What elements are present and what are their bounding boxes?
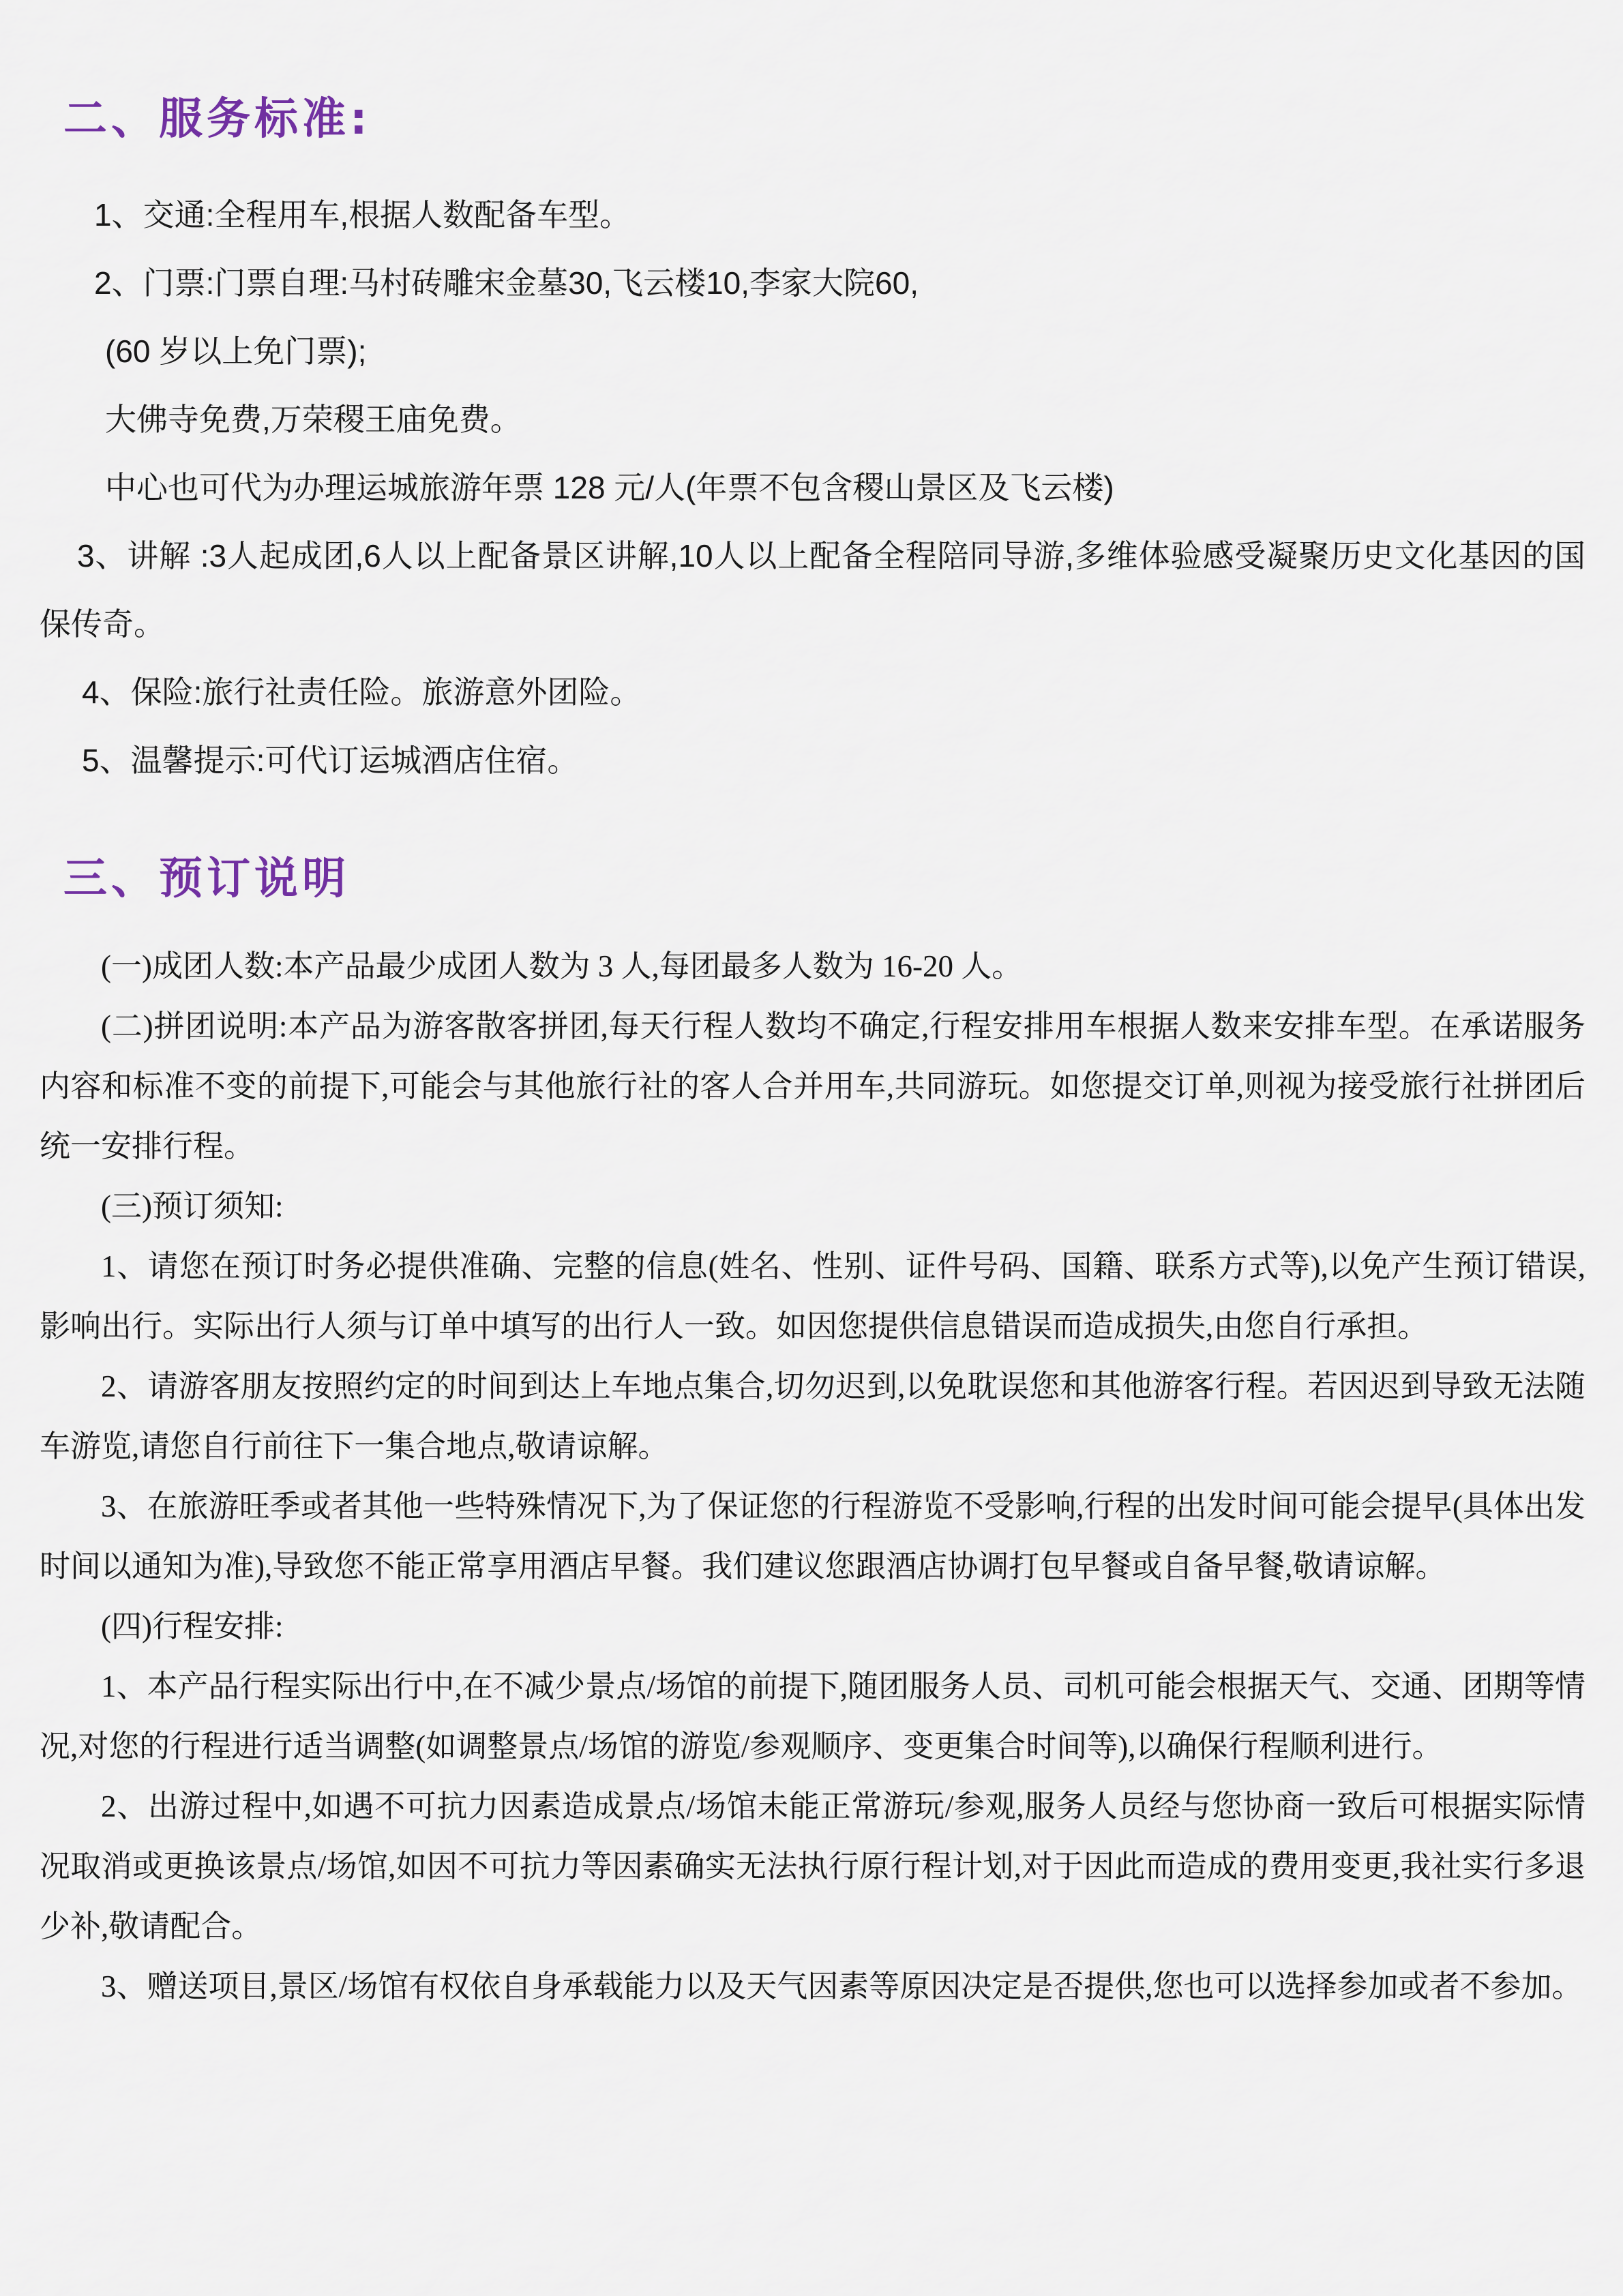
service-item-tickets: 2、门票:门票自理:马村砖雕宋金墓30,飞云楼10,李家大院60, — [40, 249, 1585, 317]
booking-para-punctuality: 2、请游客朋友按照约定的时间到达上车地点集合,切勿迟到,以免耽误您和其他游客行程… — [40, 1356, 1585, 1476]
document-body: 二、服务标准: 1、交通:全程用车,根据人数配备车型。 2、门票:门票自理:马村… — [0, 0, 1623, 2016]
service-standards-list: 1、交通:全程用车,根据人数配备车型。 2、门票:门票自理:马村砖雕宋金墓30,… — [40, 181, 1585, 794]
service-item-transport: 1、交通:全程用车,根据人数配备车型。 — [40, 181, 1585, 249]
booking-para-notice-title: (三)预订须知: — [40, 1176, 1585, 1236]
booking-para-early-departure: 3、在旅游旺季或者其他一些特殊情况下,为了保证您的行程游览不受影响,行程的出发时… — [40, 1476, 1585, 1596]
booking-para-gift-items: 3、赠送项目,景区/场馆有权依自身承载能力以及天气因素等原因决定是否提供,您也可… — [40, 1956, 1585, 2016]
booking-notes-heading: 三、预订说明 — [63, 857, 1585, 901]
booking-para-force-majeure: 2、出游过程中,如遇不可抗力因素造成景点/场馆未能正常游玩/参观,服务人员经与您… — [40, 1776, 1585, 1956]
booking-para-group-size: (一)成团人数:本产品最少成团人数为 3 人,每团最多人数为 16-20 人。 — [40, 936, 1585, 996]
service-item-insurance: 4、保险:旅行社责任险。旅游意外团险。 — [40, 658, 1585, 726]
booking-notes-paragraphs: (一)成团人数:本产品最少成团人数为 3 人,每团最多人数为 16-20 人。 … — [40, 936, 1585, 2016]
booking-para-shared-tour: (二)拼团说明:本产品为游客散客拼团,每天行程人数均不确定,行程安排用车根据人数… — [40, 996, 1585, 1176]
service-item-guide: 3、讲解 :3人起成团,6人以上配备景区讲解,10人以上配备全程陪同导游,多维体… — [40, 522, 1585, 658]
service-item-tickets-senior: (60 岁以上免门票); — [40, 317, 1585, 385]
booking-para-info-accuracy: 1、请您在预订时务必提供准确、完整的信息(姓名、性别、证件号码、国籍、联系方式等… — [40, 1236, 1585, 1356]
service-item-hotel-tip: 5、温馨提示:可代订运城酒店住宿。 — [40, 726, 1585, 794]
service-item-tickets-free: 大佛寺免费,万荣稷王庙免费。 — [40, 385, 1585, 453]
booking-para-itinerary-title: (四)行程安排: — [40, 1596, 1585, 1656]
booking-para-adjustments: 1、本产品行程实际出行中,在不减少景点/场馆的前提下,随团服务人员、司机可能会根… — [40, 1656, 1585, 1776]
service-item-annual-pass: 中心也可代为办理运城旅游年票 128 元/人(年票不包含稷山景区及飞云楼) — [40, 453, 1585, 522]
service-standards-heading: 二、服务标准: — [63, 98, 1585, 141]
page: { "page": { "background_color": "#eeedef… — [0, 0, 1623, 2296]
